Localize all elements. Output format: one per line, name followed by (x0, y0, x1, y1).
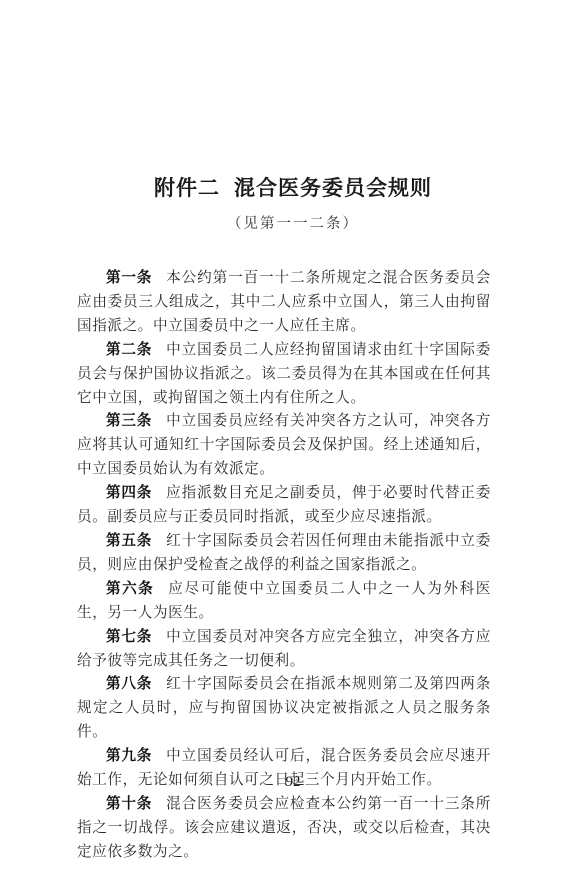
article-10: 第十条混合医务委员会应检查本公约第一百一十三条所指之一切战俘。该会应建议遣返，否… (77, 792, 491, 864)
article-4: 第四条应指派数目充足之副委员，俾于必要时代替正委员。副委员应与正委员同时指派，或… (77, 481, 491, 529)
article-label: 第三条 (106, 412, 152, 429)
article-5: 第五条红十字国际委员会若因任何理由未能指派中立委员，则应由保护受检查之战俘的利益… (77, 529, 491, 577)
article-1: 第一条本公约第一百一十二条所规定之混合医务委员会应由委员三人组成之，其中二人应系… (77, 266, 491, 338)
article-7: 第七条中立国委员对冲突各方应完全独立，冲突各方应给予彼等完成其任务之一切便利。 (77, 625, 491, 673)
article-3: 第三条中立国委员应经有关冲突各方之认可，冲突各方应将其认可通知红十字国际委员会及… (77, 409, 491, 481)
article-label: 第七条 (106, 628, 152, 645)
subtitle: （见第一一二条） (0, 212, 586, 233)
article-label: 第九条 (106, 747, 152, 764)
article-2: 第二条中立国委员二人应经拘留国请求由红十字国际委员会与保护国协议指派之。该二委员… (77, 338, 491, 410)
article-6: 第六条应尽可能使中立国委员二人中之一人为外科医生，另一人为医生。 (77, 577, 491, 625)
article-label: 第八条 (106, 675, 152, 692)
article-label: 第一条 (106, 269, 152, 286)
page-number: 92 (0, 774, 586, 791)
article-label: 第四条 (106, 484, 152, 501)
title-prefix: 附件二 (154, 176, 220, 200)
article-label: 第六条 (106, 580, 154, 597)
article-label: 第十条 (106, 795, 152, 812)
title-main: 混合医务委员会规则 (234, 176, 432, 200)
page-title: 附件二混合医务委员会规则 (0, 172, 586, 202)
article-label: 第二条 (106, 341, 152, 358)
article-8: 第八条红十字国际委员会在指派本规则第二及第四两条规定之人员时，应与拘留国协议决定… (77, 672, 491, 744)
article-label: 第五条 (106, 532, 152, 549)
